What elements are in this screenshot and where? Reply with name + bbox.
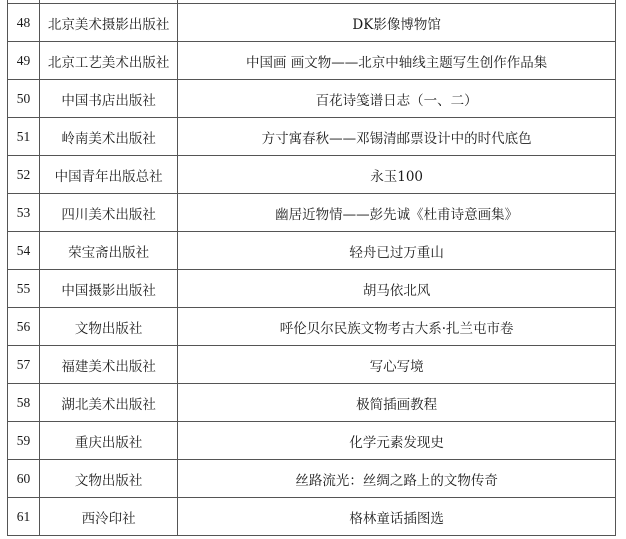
row-number: 55	[8, 270, 40, 308]
table-row: 57 福建美术出版社 写心写境	[8, 346, 616, 384]
book-list-table: 48 北京美术摄影出版社 DK影像博物馆 49 北京工艺美术出版社 中国画 画文…	[7, 0, 616, 536]
row-number: 57	[8, 346, 40, 384]
title-cell: 化学元素发现史	[178, 422, 616, 460]
title-cell: 轻舟已过万重山	[178, 232, 616, 270]
publisher-cell: 荣宝斋出版社	[40, 232, 178, 270]
title-cell: 呼伦贝尔民族文物考古大系·扎兰屯市卷	[178, 308, 616, 346]
title-cell: 幽居近物情——彭先诚《杜甫诗意画集》	[178, 194, 616, 232]
publisher-cell: 北京工艺美术出版社	[40, 42, 178, 80]
row-number: 49	[8, 42, 40, 80]
publisher-cell: 中国摄影出版社	[40, 270, 178, 308]
title-cell: 永玉100	[178, 156, 616, 194]
publisher-cell: 重庆出版社	[40, 422, 178, 460]
table-row: 54 荣宝斋出版社 轻舟已过万重山	[8, 232, 616, 270]
row-number: 56	[8, 308, 40, 346]
publisher-cell: 福建美术出版社	[40, 346, 178, 384]
row-number: 48	[8, 4, 40, 42]
publisher-cell: 岭南美术出版社	[40, 118, 178, 156]
publisher-cell: 文物出版社	[40, 460, 178, 498]
row-number: 61	[8, 498, 40, 536]
table-row: 55 中国摄影出版社 胡马依北风	[8, 270, 616, 308]
publisher-cell: 北京美术摄影出版社	[40, 4, 178, 42]
publisher-cell: 文物出版社	[40, 308, 178, 346]
table-row: 53 四川美术出版社 幽居近物情——彭先诚《杜甫诗意画集》	[8, 194, 616, 232]
publisher-cell: 西泠印社	[40, 498, 178, 536]
table-row: 52 中国青年出版总社 永玉100	[8, 156, 616, 194]
table-row: 60 文物出版社 丝路流光：丝绸之路上的文物传奇	[8, 460, 616, 498]
table-row: 59 重庆出版社 化学元素发现史	[8, 422, 616, 460]
table-row: 56 文物出版社 呼伦贝尔民族文物考古大系·扎兰屯市卷	[8, 308, 616, 346]
publisher-cell: 中国青年出版总社	[40, 156, 178, 194]
row-number: 52	[8, 156, 40, 194]
table-row: 61 西泠印社 格林童话插图选	[8, 498, 616, 536]
publisher-cell: 四川美术出版社	[40, 194, 178, 232]
publisher-cell: 湖北美术出版社	[40, 384, 178, 422]
table-row: 50 中国书店出版社 百花诗笺谱日志（一、二）	[8, 80, 616, 118]
table-row: 58 湖北美术出版社 极简插画教程	[8, 384, 616, 422]
title-cell: 极简插画教程	[178, 384, 616, 422]
title-cell: DK影像博物馆	[178, 4, 616, 42]
row-number: 51	[8, 118, 40, 156]
row-number: 50	[8, 80, 40, 118]
title-cell: 格林童话插图选	[178, 498, 616, 536]
row-number: 53	[8, 194, 40, 232]
row-number: 58	[8, 384, 40, 422]
table-row: 48 北京美术摄影出版社 DK影像博物馆	[8, 4, 616, 42]
row-number: 60	[8, 460, 40, 498]
title-cell: 写心写境	[178, 346, 616, 384]
title-cell: 百花诗笺谱日志（一、二）	[178, 80, 616, 118]
row-number: 59	[8, 422, 40, 460]
title-cell: 方寸寓春秋——邓锡清邮票设计中的时代底色	[178, 118, 616, 156]
title-cell: 丝路流光：丝绸之路上的文物传奇	[178, 460, 616, 498]
title-cell: 胡马依北风	[178, 270, 616, 308]
row-number: 54	[8, 232, 40, 270]
publisher-cell: 中国书店出版社	[40, 80, 178, 118]
title-cell: 中国画 画文物——北京中轴线主题写生创作作品集	[178, 42, 616, 80]
table-row: 51 岭南美术出版社 方寸寓春秋——邓锡清邮票设计中的时代底色	[8, 118, 616, 156]
table-row: 49 北京工艺美术出版社 中国画 画文物——北京中轴线主题写生创作作品集	[8, 42, 616, 80]
